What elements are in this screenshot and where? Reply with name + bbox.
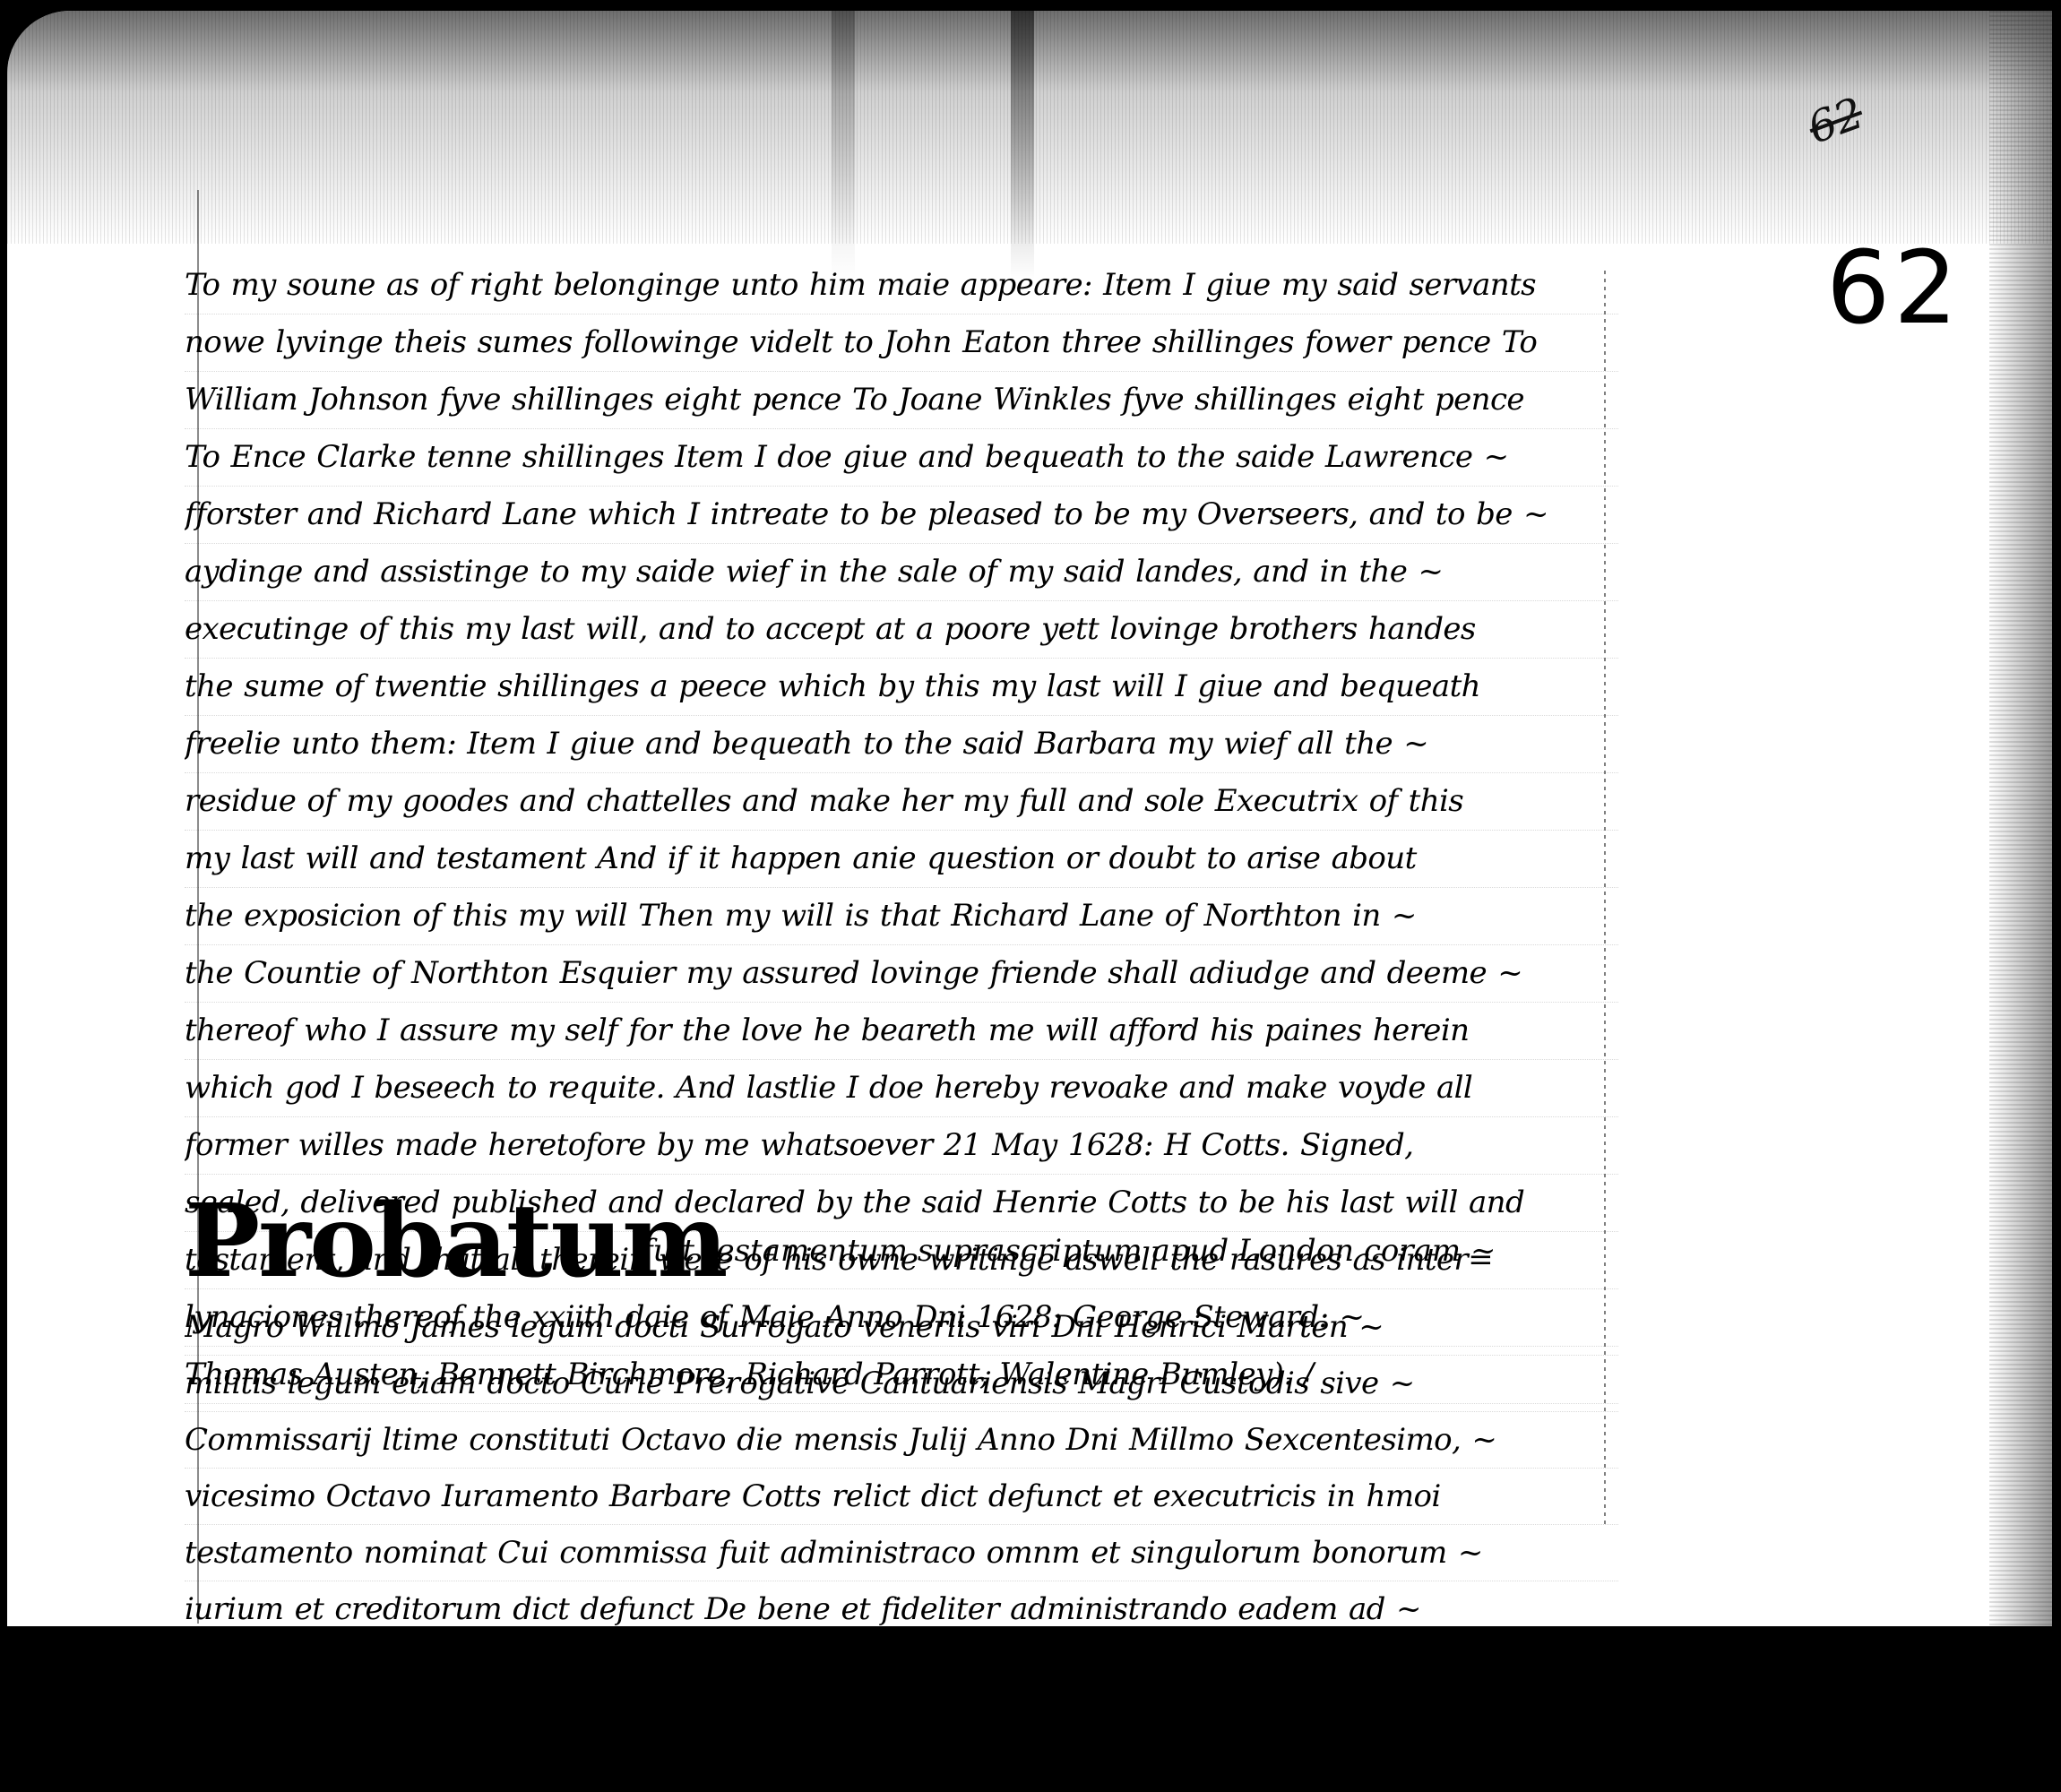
text-line: my last will and testament And if it hap… [185, 831, 1618, 888]
text-line: thereof who I assure my self for the lov… [185, 1003, 1618, 1060]
text-line: vicesimo Octavo Iuramento Barbare Cotts … [185, 1469, 1618, 1525]
text-line: the exposicion of this my will Then my w… [185, 888, 1618, 945]
text-line: militis legum etiam docto Curie Prerogat… [185, 1356, 1618, 1412]
text-line: Magro Willmo James legum docti Surrogato… [185, 1299, 1618, 1356]
probate-text: Magro Willmo James legum docti Surrogato… [185, 1299, 1618, 1626]
text-line: which god I beseech to requite. And last… [185, 1060, 1618, 1117]
manuscript-page: 62 62 To my soune as of right belonginge… [7, 11, 2052, 1626]
text-line: William Johnson fyve shillinges eight pe… [185, 372, 1618, 429]
text-line: Commissarij ltime constituti Octavo die … [185, 1412, 1618, 1469]
text-line: iurium et creditorum dict defunct De ben… [185, 1581, 1618, 1626]
text-line: To my soune as of right belonginge unto … [185, 257, 1618, 314]
folio-number: 62 [1826, 230, 1962, 347]
text-line: nowe lyvinge theis sumes followinge vide… [185, 314, 1618, 372]
text-line: residue of my goodes and chattelles and … [185, 773, 1618, 831]
probate-first-line: fuit testamentum suprascriptum apud Lond… [642, 1233, 1496, 1269]
text-line: freelie unto them: Item I giue and beque… [185, 716, 1618, 773]
text-line: aydinge and assistinge to my saide wief … [185, 544, 1618, 601]
text-line: former willes made heretofore by me what… [185, 1117, 1618, 1175]
text-line: testamento nominat Cui commissa fuit adm… [185, 1525, 1618, 1581]
text-line: the Countie of Northton Esquier my assur… [185, 945, 1618, 1003]
text-line: fforster and Richard Lane which I intrea… [185, 487, 1618, 544]
scan-black-border [0, 1626, 2061, 1792]
text-line: To Ence Clarke tenne shillinges Item I d… [185, 429, 1618, 487]
page-right-edge [1989, 11, 2052, 1626]
text-line: executinge of this my last will, and to … [185, 601, 1618, 659]
fold-shadow [1011, 11, 1034, 280]
fold-shadow [832, 11, 855, 280]
text-line: the sume of twentie shillinges a peece w… [185, 659, 1618, 716]
